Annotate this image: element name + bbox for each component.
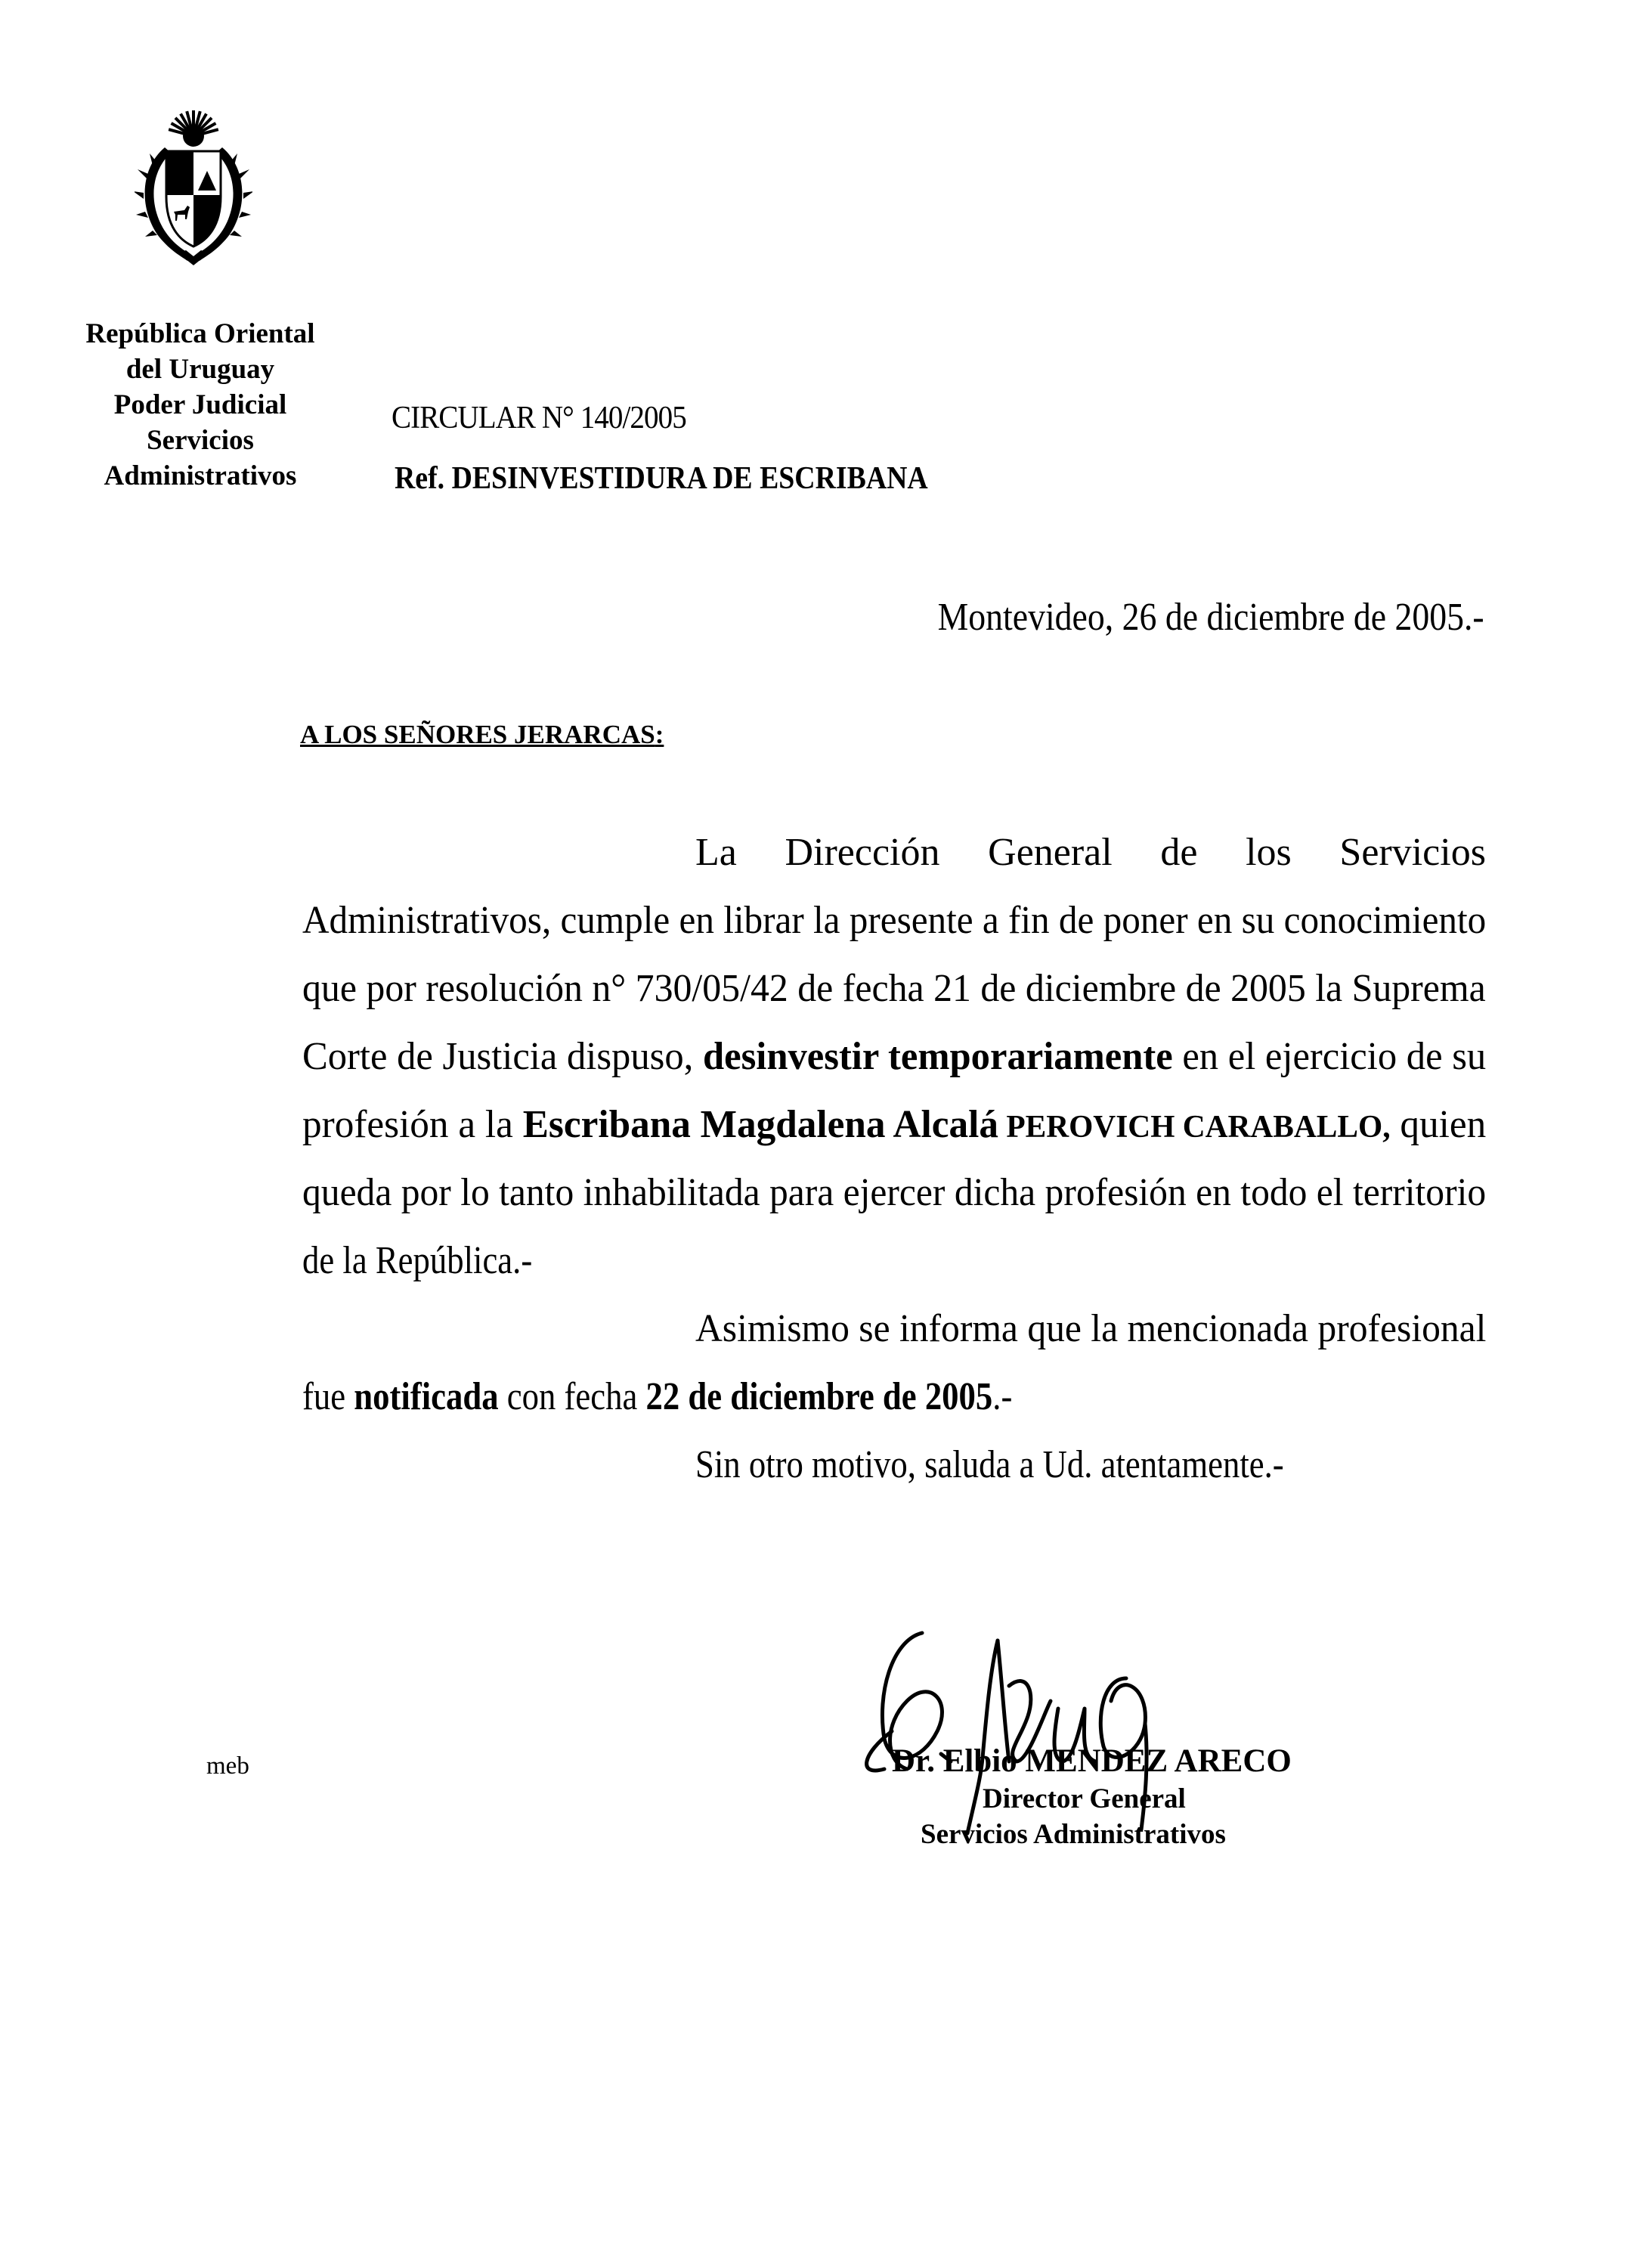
body-text: Asimismo se informa que la mencionada pr… [695, 1305, 1486, 1353]
body-text: profesión a la Escribana Magdalena Alcal… [302, 1101, 1486, 1151]
body-word: de [1160, 829, 1197, 877]
org-line: Poder Judicial [68, 387, 333, 423]
body-line: queda por lo tanto inhabilitada para eje… [302, 1169, 1486, 1217]
date-line: Montevideo, 26 de diciembre de 2005.- [938, 593, 1484, 642]
body-word: Servicios [1339, 829, 1486, 877]
text-run: en el ejercicio de su [1173, 1035, 1487, 1078]
body-text: que por resolución n° 730/05/42 de fecha… [302, 965, 1486, 1013]
salutation-text: A LOS SEÑORES JERARCAS [300, 720, 655, 749]
salutation: A LOS SEÑORES JERARCAS: [300, 718, 664, 751]
text-run: fue [302, 1375, 354, 1418]
signatory-title: Director General [983, 1782, 1186, 1817]
org-line: República Oriental [68, 316, 333, 352]
signatory-department: Servicios Administrativos [921, 1817, 1226, 1852]
escribana-name: Escribana Magdalena Alcalá [523, 1103, 998, 1146]
body-line: Sin otro motivo, saluda a Ud. atentament… [695, 1441, 1486, 1489]
body-line: de la República.- [302, 1237, 1486, 1285]
emphasis-notificada: notificada [354, 1375, 498, 1418]
circular-number: CIRCULAR N° 140/2005 [392, 399, 686, 437]
body-text: fue notificada con fecha 22 de diciembre… [302, 1373, 1012, 1421]
body-text: de la República.- [302, 1237, 532, 1285]
text-run: quien [1391, 1103, 1487, 1146]
body-line: Administrativos, cumple en librar la pre… [302, 897, 1486, 945]
body-line: profesión a la Escribana Magdalena Alcal… [302, 1101, 1486, 1151]
notification-date: 22 de diciembre de 2005 [646, 1375, 993, 1418]
salutation-colon: : [655, 720, 664, 749]
closing-text: Sin otro motivo, saluda a Ud. atentament… [695, 1441, 1284, 1489]
body-word: los [1246, 829, 1292, 877]
reference-subject: Ref. DESINVESTIDURA DE ESCRIBANA [395, 460, 928, 497]
body-line: Asimismo se informa que la mencionada pr… [695, 1305, 1486, 1353]
body-line: que por resolución n° 730/05/42 de fecha… [302, 965, 1486, 1013]
org-line: Servicios [68, 423, 333, 458]
organization-header: República Oriental del Uruguay Poder Jud… [68, 316, 333, 494]
emphasis-desinvestir: desinvestir temporariamente [703, 1035, 1173, 1078]
body-word: La [695, 829, 737, 877]
body-text: Corte de Justicia dispuso, desinvestir t… [302, 1033, 1486, 1081]
text-run: profesión a la [302, 1103, 523, 1146]
body-word: General [988, 829, 1113, 877]
body-line: fue notificada con fecha 22 de diciembre… [302, 1373, 1486, 1421]
body-text: Administrativos, cumple en librar la pre… [302, 897, 1486, 945]
coat-of-arms-icon [135, 106, 252, 266]
text-run: con fecha [499, 1375, 646, 1418]
signatory-name: Dr. Elbio MENDEZ ARECO [892, 1743, 1292, 1780]
org-line: del Uruguay [68, 352, 333, 387]
escribana-surname: PEROVICH CARABALLO, [998, 1110, 1391, 1145]
typist-initials: meb [206, 1751, 249, 1781]
body-text: queda por lo tanto inhabilitada para eje… [302, 1169, 1486, 1217]
body-line: Corte de Justicia dispuso, desinvestir t… [302, 1033, 1486, 1081]
body-word: Dirección [785, 829, 939, 877]
text-run: Corte de Justicia dispuso, [302, 1035, 703, 1078]
body-line: La Dirección General de los Servicios [695, 829, 1486, 877]
org-line: Administrativos [68, 458, 333, 494]
text-run: .- [992, 1375, 1012, 1418]
